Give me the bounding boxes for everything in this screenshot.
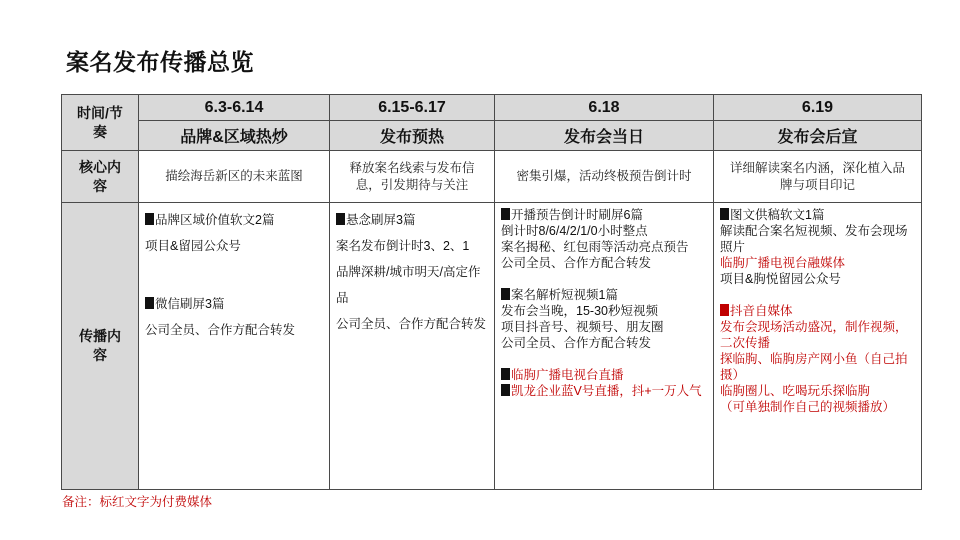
square-bullet-icon [501,208,510,220]
core-text-1: 描绘海岳新区的未来蓝图 [165,169,303,183]
list-item-text: 公司全员、合作方配合转发 [501,336,651,350]
list-item-text: 凯龙企业蓝V号直播，抖+一万人气 [511,384,702,398]
list-item: 发布会现场活动盛况，制作视频，二次传播 [720,319,915,351]
col-date-2: 6.15-6.17 [330,95,495,121]
square-bullet-icon [501,288,510,300]
list-item: 品牌深耕/城市明天/高定作品 [336,259,488,311]
spread-cell-3: 开播预告倒计时刷屏6篇倒计时8/6/4/2/1/0小时整点案名揭秘、红包雨等活动… [495,203,714,490]
list-item-text: 品牌深耕/城市明天/高定作品 [336,265,480,305]
square-bullet-icon [720,304,729,316]
list-item: 案名揭秘、红包雨等活动亮点预告 [501,239,707,255]
spread-row: 传播内容 品牌区域价值软文2篇项目&留园公众号微信刷屏3篇公司全员、合作方配合转… [62,203,922,490]
list-item: 公司全员、合作方配合转发 [336,311,488,337]
spread-cell-1: 品牌区域价值软文2篇项目&留园公众号微信刷屏3篇公司全员、合作方配合转发 [139,203,330,490]
list-item: 项目&朐悦留园公众号 [720,271,915,287]
core-cell-2: 释放案名线索与发布信息，引发期待与关注 [330,151,495,203]
list-item: 凯龙企业蓝V号直播，抖+一万人气 [501,383,707,399]
list-item-text: 图文供稿软文1篇 [730,208,824,222]
list-item-text: （可单独制作自己的视频播放） [720,400,895,414]
list-item-text: 发布会当晚，15-30秒短视频 [501,304,658,318]
list-item: 悬念刷屏3篇 [336,207,488,233]
list-item-text: 公司全员、合作方配合转发 [145,323,295,337]
spacer [720,287,915,303]
broadcast-overview-table: 时间/节奏 6.3-6.14 6.15-6.17 6.18 6.19 品牌&区域… [61,94,922,490]
square-bullet-icon [145,297,154,309]
row-header-time-label: 时间/节奏 [75,104,125,142]
core-row: 核心内容 描绘海岳新区的未来蓝图 释放案名线索与发布信息，引发期待与关注 密集引… [62,151,922,203]
spread-list-3: 开播预告倒计时刷屏6篇倒计时8/6/4/2/1/0小时整点案名揭秘、红包雨等活动… [495,203,713,399]
list-item-text: 微信刷屏3篇 [155,297,224,311]
col-date-3: 6.18 [495,95,714,121]
row-header-core-label: 核心内容 [75,158,125,196]
list-item: 品牌区域价值软文2篇 [145,207,323,233]
list-item: 解读配合案名短视频、发布会现场照片 [720,223,915,255]
spread-list-2: 悬念刷屏3篇案名发布倒计时3、2、1品牌深耕/城市明天/高定作品公司全员、合作方… [330,203,494,337]
square-bullet-icon [336,213,345,225]
list-item: 临朐圈儿、吃喝玩乐探临朐 [720,383,915,399]
col-date-1: 6.3-6.14 [139,95,330,121]
list-item: （可单独制作自己的视频播放） [720,399,915,415]
list-item: 公司全员、合作方配合转发 [501,335,707,351]
page-title: 案名发布传播总览 [66,44,254,77]
list-item-text: 抖音自媒体 [730,304,793,318]
list-item-text: 项目&留园公众号 [145,239,241,253]
spread-list-1: 品牌区域价值软文2篇项目&留园公众号微信刷屏3篇公司全员、合作方配合转发 [139,203,329,343]
spacer [145,275,323,291]
list-item: 开播预告倒计时刷屏6篇 [501,207,707,223]
row-header-core: 核心内容 [62,151,139,203]
list-item: 案名解析短视频1篇 [501,287,707,303]
list-item-text: 案名解析短视频1篇 [511,288,618,302]
col-phase-1: 品牌&区域热炒 [139,121,330,151]
phase-row: 品牌&区域热炒 发布预热 发布会当日 发布会后宣 [62,121,922,151]
list-item-text: 悬念刷屏3篇 [346,213,415,227]
list-item-text: 案名揭秘、红包雨等活动亮点预告 [501,240,689,254]
list-item: 抖音自媒体 [720,303,915,319]
spacer [145,259,323,275]
list-item-text: 开播预告倒计时刷屏6篇 [511,208,643,222]
list-item: 项目&留园公众号 [145,233,323,259]
date-row: 时间/节奏 6.3-6.14 6.15-6.17 6.18 6.19 [62,95,922,121]
spread-list-4: 图文供稿软文1篇解读配合案名短视频、发布会现场照片临朐广播电视台融媒体项目&朐悦… [714,203,921,415]
list-item-text: 公司全员、合作方配合转发 [336,317,486,331]
spacer [501,271,707,287]
list-item: 公司全员、合作方配合转发 [501,255,707,271]
core-cell-1: 描绘海岳新区的未来蓝图 [139,151,330,203]
row-header-spread-label: 传播内容 [75,327,125,365]
list-item: 项目抖音号、视频号、朋友圈 [501,319,707,335]
spacer [501,351,707,367]
list-item-text: 项目抖音号、视频号、朋友圈 [501,320,664,334]
spread-cell-2: 悬念刷屏3篇案名发布倒计时3、2、1品牌深耕/城市明天/高定作品公司全员、合作方… [330,203,495,490]
list-item-text: 发布会现场活动盛况，制作视频，二次传播 [720,320,908,350]
square-bullet-icon [501,368,510,380]
list-item: 临朐广播电视台直播 [501,367,707,383]
core-cell-3: 密集引爆，活动终极预告倒计时 [495,151,714,203]
list-item-text: 案名发布倒计时3、2、1 [336,239,469,253]
col-date-4: 6.19 [714,95,922,121]
square-bullet-icon [720,208,729,220]
col-phase-2: 发布预热 [330,121,495,151]
list-item: 发布会当晚，15-30秒短视频 [501,303,707,319]
col-phase-4: 发布会后宣 [714,121,922,151]
core-text-3: 密集引爆，活动终极预告倒计时 [516,169,691,183]
list-item: 临朐广播电视台融媒体 [720,255,915,271]
row-header-time: 时间/节奏 [62,95,139,151]
list-item: 图文供稿软文1篇 [720,207,915,223]
list-item: 案名发布倒计时3、2、1 [336,233,488,259]
list-item-text: 临朐广播电视台直播 [511,368,624,382]
list-item-text: 探临朐、临朐房产网小鱼（自己拍摄） [720,352,908,382]
core-text-4: 详细解读案名内涵，深化植入品牌与项目印记 [725,160,910,194]
square-bullet-icon [501,384,510,396]
spread-cell-4: 图文供稿软文1篇解读配合案名短视频、发布会现场照片临朐广播电视台融媒体项目&朐悦… [714,203,922,490]
list-item-text: 品牌区域价值软文2篇 [155,213,274,227]
list-item-text: 临朐广播电视台融媒体 [720,256,845,270]
list-item-text: 公司全员、合作方配合转发 [501,256,651,270]
list-item-text: 解读配合案名短视频、发布会现场照片 [720,224,908,254]
list-item-text: 项目&朐悦留园公众号 [720,272,841,286]
list-item: 微信刷屏3篇 [145,291,323,317]
footnote-paid-media: 备注：标红文字为付费媒体 [62,492,212,510]
col-phase-3: 发布会当日 [495,121,714,151]
list-item-text: 倒计时8/6/4/2/1/0小时整点 [501,224,648,238]
core-cell-4: 详细解读案名内涵，深化植入品牌与项目印记 [714,151,922,203]
list-item: 公司全员、合作方配合转发 [145,317,323,343]
core-text-2: 释放案名线索与发布信息，引发期待与关注 [338,160,486,194]
square-bullet-icon [145,213,154,225]
list-item-text: 临朐圈儿、吃喝玩乐探临朐 [720,384,870,398]
list-item: 倒计时8/6/4/2/1/0小时整点 [501,223,707,239]
row-header-spread: 传播内容 [62,203,139,490]
list-item: 探临朐、临朐房产网小鱼（自己拍摄） [720,351,915,383]
